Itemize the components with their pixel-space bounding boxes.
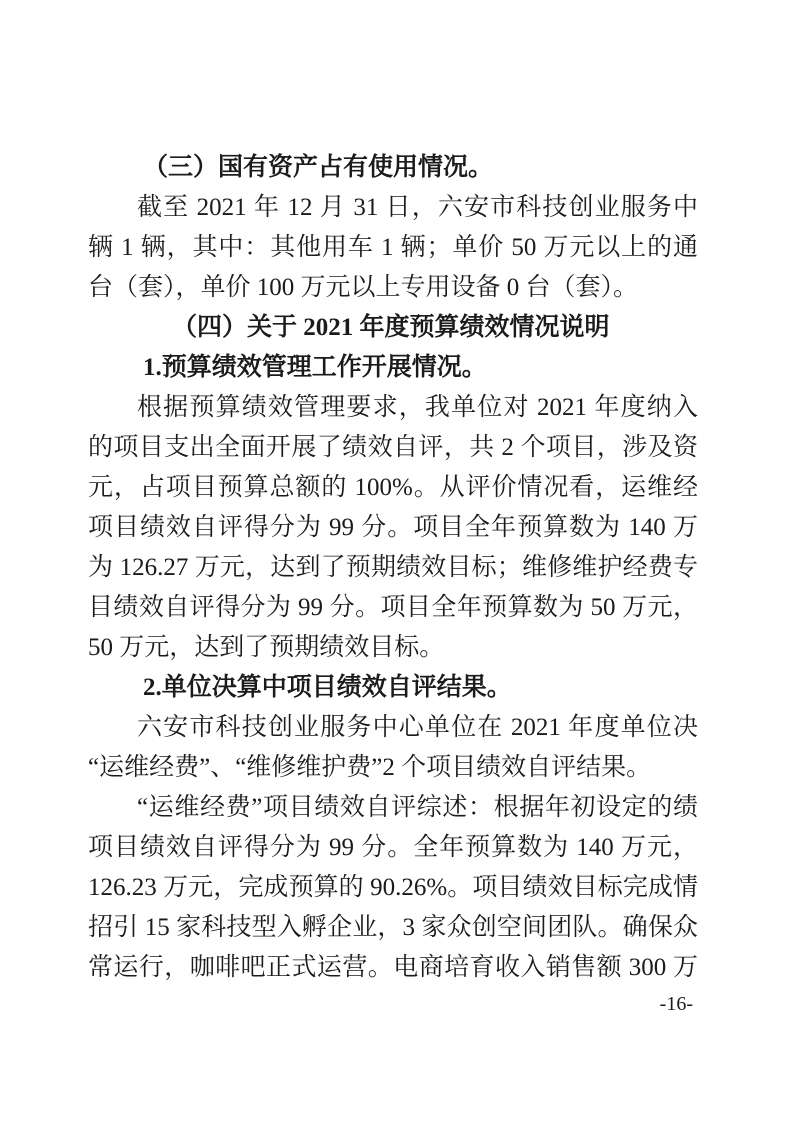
paragraph-self-evaluation-line: 项目绩效自评得分为 99 分。项目全年预算数为 140 万元，执行数 [88,508,698,548]
paragraph-self-evaluation-line: 目绩效自评得分为 99 分。项目全年预算数为 50 万元，执行数为 [88,588,698,628]
text-block: （三）国有资产占有使用情况。 截至 2021 年 12 月 31 日，六安市科技… [88,148,698,988]
paragraph-self-evaluation-line: 根据预算绩效管理要求，我单位对 2021 年度纳入单位预算 [88,388,698,428]
paragraph-ops-funds-line: 项目绩效自评得分为 99 分。全年预算数为 140 万元，执行数为 [88,828,698,868]
paragraph-ops-funds-line: 常运行，咖啡吧正式运营。电商培育收入销售额 300 万以上企业 [88,948,698,988]
section-heading-budget-performance: （四）关于 2021 年度预算绩效情况说明 [88,308,698,348]
paragraph-self-evaluation-line: 的项目支出全面开展了绩效自评，共 2 个项目，涉及资金 190 万 [88,428,698,468]
subheading-performance-management: 1.预算绩效管理工作开展情况。 [88,348,698,388]
section-heading-state-assets: （三）国有资产占有使用情况。 [88,148,698,188]
subheading-final-accounts-results: 2.单位决算中项目绩效自评结果。 [88,668,698,708]
page-number: -16- [660,993,693,1015]
paragraph-self-evaluation-line: 为 126.27 万元，达到了预期绩效目标；维修维护经费专项资金项 [88,548,698,588]
paragraph-self-evaluation-line: 50 万元，达到了预期绩效目标。 [88,628,698,668]
paragraph-ops-funds-line: “运维经费”项目绩效自评综述：根据年初设定的绩效目标， [88,788,698,828]
paragraph-ops-funds-line: 126.23 万元，完成预算的 90.26%。项目绩效目标完成情况：完成 [88,868,698,908]
paragraph-results-line: 六安市科技创业服务中心单位在 2021 年度单位决算中反映 [88,708,698,748]
paragraph-assets-line: 截至 2021 年 12 月 31 日，六安市科技创业服务中心共有车 [88,188,698,228]
paragraph-assets-line: 台（套），单价 100 万元以上专用设备 0 台（套）。 [88,268,698,308]
paragraph-results-line: “运维经费”、“维修维护费”2 个项目绩效自评结果。 [88,748,698,788]
paragraph-self-evaluation-line: 元，占项目预算总额的 100%。从评价情况看，运维经费专项资金 [88,468,698,508]
paragraph-ops-funds-line: 招引 15 家科技型入孵企业，3 家众创空间团队。确保众创空间正 [88,908,698,948]
paragraph-assets-line: 辆 1 辆，其中：其他用车 1 辆；单价 50 万元以上的通用设备 0 [88,228,698,268]
document-page: （三）国有资产占有使用情况。 截至 2021 年 12 月 31 日，六安市科技… [0,0,793,1122]
